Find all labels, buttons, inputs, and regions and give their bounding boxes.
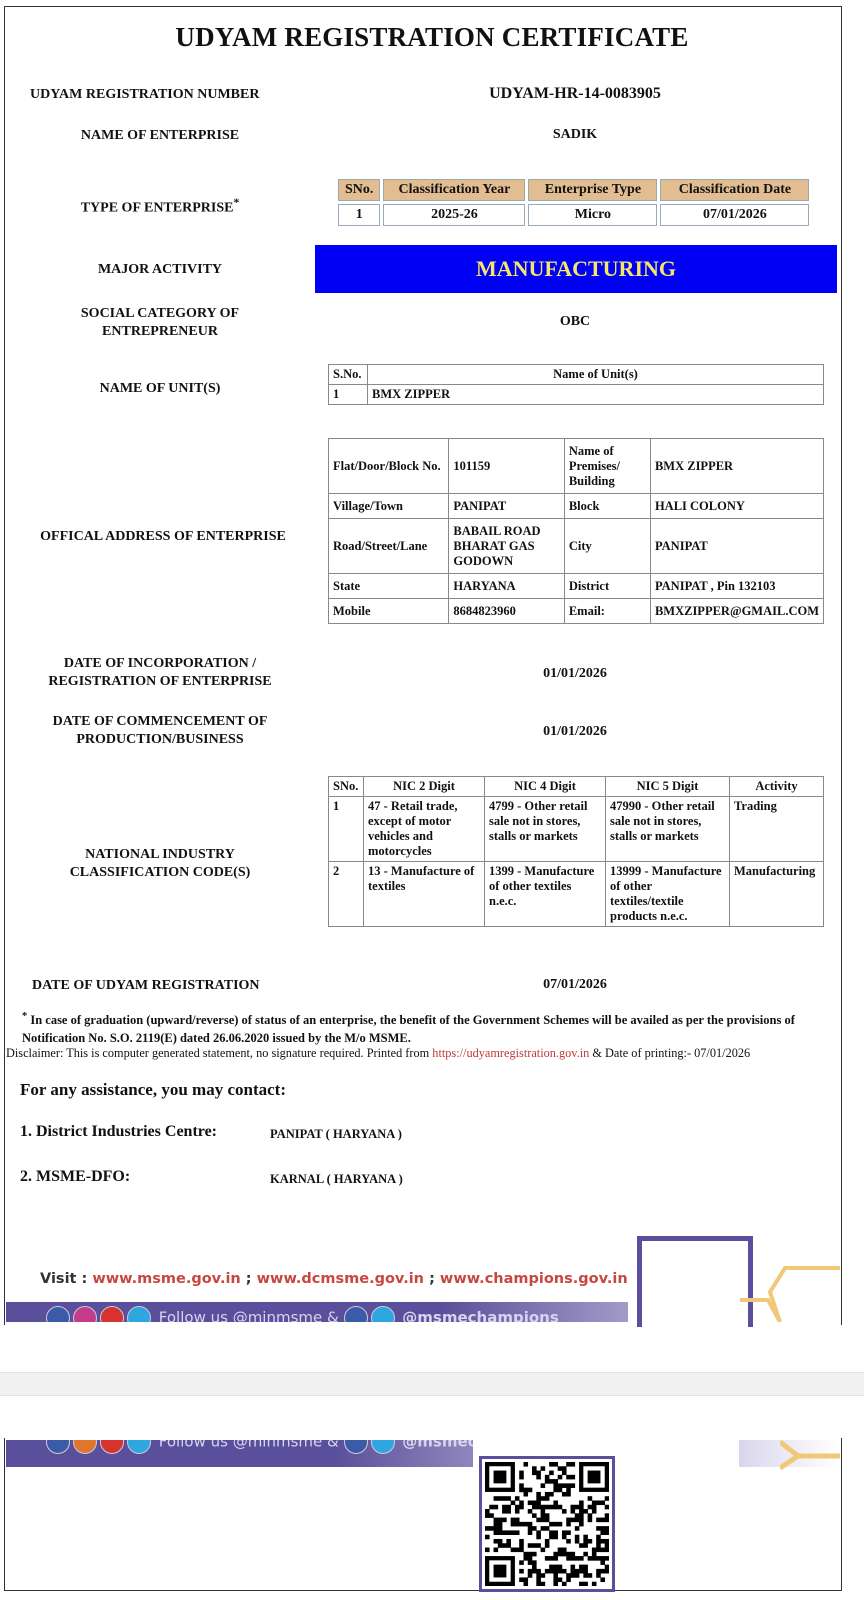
registration-number-value: UDYAM-HR-14-0083905 bbox=[440, 85, 710, 103]
facebook-icon[interactable] bbox=[46, 1306, 70, 1322]
facebook-icon[interactable] bbox=[46, 1440, 70, 1454]
contact-dfo-label: 2. MSME-DFO: bbox=[20, 1168, 130, 1186]
nic-row: 213 - Manufacture of textiles1399 - Manu… bbox=[329, 862, 824, 927]
assistance-heading: For any assistance, you may contact: bbox=[20, 1080, 286, 1100]
contact-dfo-value: KARNAL ( HARYANA ) bbox=[270, 1172, 403, 1187]
enterprise-name-label: NAME OF ENTERPRISE bbox=[40, 127, 280, 145]
classification-header: Enterprise Type bbox=[528, 179, 657, 201]
facebook-icon[interactable] bbox=[344, 1306, 368, 1322]
classification-header: Classification Year bbox=[383, 179, 525, 201]
social-category-value: OBC bbox=[530, 314, 620, 330]
twitter-icon[interactable] bbox=[371, 1440, 395, 1454]
address-row: Village/TownPANIPATBlockHALI COLONY bbox=[329, 494, 824, 519]
nic-table: SNo.NIC 2 DigitNIC 4 DigitNIC 5 DigitAct… bbox=[328, 776, 824, 927]
address-label: OFFICAL ADDRESS OF ENTERPRISE bbox=[18, 528, 308, 546]
major-activity-label: MAJOR ACTIVITY bbox=[40, 261, 280, 279]
classification-header: SNo. bbox=[338, 179, 380, 201]
hexagon-decoration bbox=[740, 1262, 840, 1322]
nic-row: 147 - Retail trade, except of motor vehi… bbox=[329, 797, 824, 862]
youtube-icon[interactable] bbox=[100, 1440, 124, 1454]
page-break bbox=[0, 1372, 864, 1396]
instagram-icon[interactable] bbox=[73, 1306, 97, 1322]
social-follow-bar-continued: Follow us @minmsme & @msmechampions bbox=[6, 1440, 473, 1467]
graduation-note: * In case of graduation (upward/reverse)… bbox=[22, 1008, 842, 1047]
nic-label: NATIONAL INDUSTRYCLASSIFICATION CODE(S) bbox=[30, 846, 290, 882]
twitter-icon[interactable] bbox=[127, 1306, 151, 1322]
address-row: StateHARYANADistrictPANIPAT , Pin 132103 bbox=[329, 574, 824, 599]
hexagon-decoration bbox=[780, 1440, 840, 1470]
address-table: Flat/Door/Block No.101159Name of Premise… bbox=[328, 438, 824, 624]
social-follow-bar: Follow us @minmsme & @msmechampions bbox=[6, 1302, 628, 1322]
contact-dic-value: PANIPAT ( HARYANA ) bbox=[270, 1127, 402, 1142]
facebook-icon[interactable] bbox=[344, 1440, 368, 1454]
social-category-label: SOCIAL CATEGORY OFENTREPRENEUR bbox=[40, 305, 280, 341]
contact-dic-label: 1. District Industries Centre: bbox=[20, 1123, 217, 1141]
registration-number-label: UDYAM REGISTRATION NUMBER bbox=[30, 86, 290, 104]
qr-code-icon bbox=[485, 1462, 609, 1586]
incorporation-label: DATE OF INCORPORATION /REGISTRATION OF E… bbox=[30, 655, 290, 691]
classification-row: 12025-26Micro07/01/2026 bbox=[338, 204, 809, 226]
incorporation-date: 01/01/2026 bbox=[520, 666, 630, 682]
dcmsme-link[interactable]: www.dcmsme.gov.in bbox=[257, 1271, 424, 1287]
unit-name: BMX ZIPPER bbox=[368, 385, 824, 405]
units-label: NAME OF UNIT(S) bbox=[40, 380, 280, 398]
disclaimer: Disclaimer: This is computer generated s… bbox=[6, 1046, 846, 1061]
enterprise-type-label: TYPE OF ENTERPRISE* bbox=[40, 194, 280, 218]
twitter-icon[interactable] bbox=[371, 1306, 395, 1322]
classification-header: Classification Date bbox=[660, 179, 809, 201]
qr-frame-top bbox=[637, 1236, 753, 1327]
instagram-icon[interactable] bbox=[73, 1440, 97, 1454]
enterprise-type-table: SNo.Classification YearEnterprise TypeCl… bbox=[335, 176, 812, 229]
address-row: Road/Street/LaneBABAIL ROAD BHARAT GAS G… bbox=[329, 519, 824, 574]
certificate-title: UDYAM REGISTRATION CERTIFICATE bbox=[0, 22, 864, 53]
udyam-date-label: DATE OF UDYAM REGISTRATION bbox=[32, 977, 260, 995]
address-row: Mobile8684823960Email:BMXZIPPER@GMAIL.CO… bbox=[329, 599, 824, 624]
champions-link[interactable]: www.champions.gov.in bbox=[440, 1271, 628, 1287]
major-activity-banner: MANUFACTURING bbox=[315, 245, 837, 293]
msme-link[interactable]: www.msme.gov.in bbox=[92, 1271, 240, 1287]
commencement-label: DATE OF COMMENCEMENT OFPRODUCTION/BUSINE… bbox=[30, 713, 290, 749]
youtube-icon[interactable] bbox=[100, 1306, 124, 1322]
address-row: Flat/Door/Block No.101159Name of Premise… bbox=[329, 439, 824, 494]
enterprise-name-value: SADIK bbox=[500, 127, 650, 143]
units-table: S.No.Name of Unit(s) 1BMX ZIPPER bbox=[328, 364, 824, 405]
qr-code bbox=[479, 1456, 615, 1592]
udyam-date-value: 07/01/2026 bbox=[520, 977, 630, 993]
twitter-icon[interactable] bbox=[127, 1440, 151, 1454]
visit-links: Visit : www.msme.gov.in ; www.dcmsme.gov… bbox=[40, 1271, 628, 1287]
udyam-portal-link[interactable]: https://udyamregistration.gov.in bbox=[432, 1046, 589, 1060]
commencement-date: 01/01/2026 bbox=[520, 724, 630, 740]
